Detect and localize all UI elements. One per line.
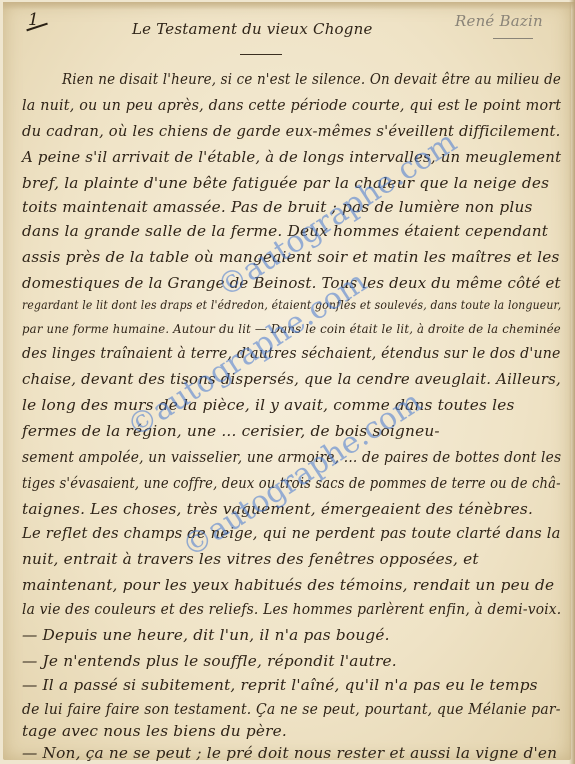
text-line: du cadran, où les chiens de garde eux-mê… bbox=[22, 122, 561, 140]
text-line: A peine s'il arrivait de l'étable, à de … bbox=[22, 148, 561, 166]
text-line: domestiques de la Grange de Beinost. Tou… bbox=[22, 274, 561, 292]
text-line: tage avec nous les biens du père. bbox=[22, 722, 287, 740]
text-line: la nuit, ou un peu après, dans cette pér… bbox=[22, 96, 561, 114]
text-line: bref, la plainte d'une bête fatiguée par… bbox=[22, 174, 549, 192]
text-line: Le reflet des champs de neige, qui ne pe… bbox=[22, 524, 561, 542]
text-line: toits maintenait amassée. Pas de bruit ;… bbox=[22, 198, 533, 216]
text-line: chaise, devant des tisons dispersés, que… bbox=[22, 370, 561, 388]
title-underline bbox=[240, 54, 282, 55]
author-underline bbox=[493, 38, 533, 39]
text-line: — Je n'entends plus le souffle, répondit… bbox=[22, 652, 397, 670]
text-line: — Il a passé si subitement, reprit l'aîn… bbox=[22, 676, 538, 694]
paper-right-edge bbox=[569, 0, 575, 764]
paper-top-edge bbox=[3, 2, 575, 10]
text-line: maintenant, pour les yeux habitués des t… bbox=[22, 576, 554, 594]
text-line: nuit, entrait à travers les vitres des f… bbox=[22, 550, 479, 568]
text-line: le long des murs de la pièce, il y avait… bbox=[22, 396, 515, 414]
manuscript-title: Le Testament du vieux Chogne bbox=[132, 20, 373, 38]
text-line: — Non, ça ne se peut ; le pré doit nous … bbox=[22, 744, 557, 762]
text-line: de lui faire faire son testament. Ça ne … bbox=[22, 700, 561, 718]
text-line: — Depuis une heure, dit l'un, il n'a pas… bbox=[22, 626, 390, 644]
text-line: Rien ne disait l'heure, si ce n'est le s… bbox=[62, 70, 561, 88]
author-signature: René Bazin bbox=[455, 12, 543, 30]
text-line: la vie des couleurs et des reliefs. Les … bbox=[22, 600, 561, 618]
